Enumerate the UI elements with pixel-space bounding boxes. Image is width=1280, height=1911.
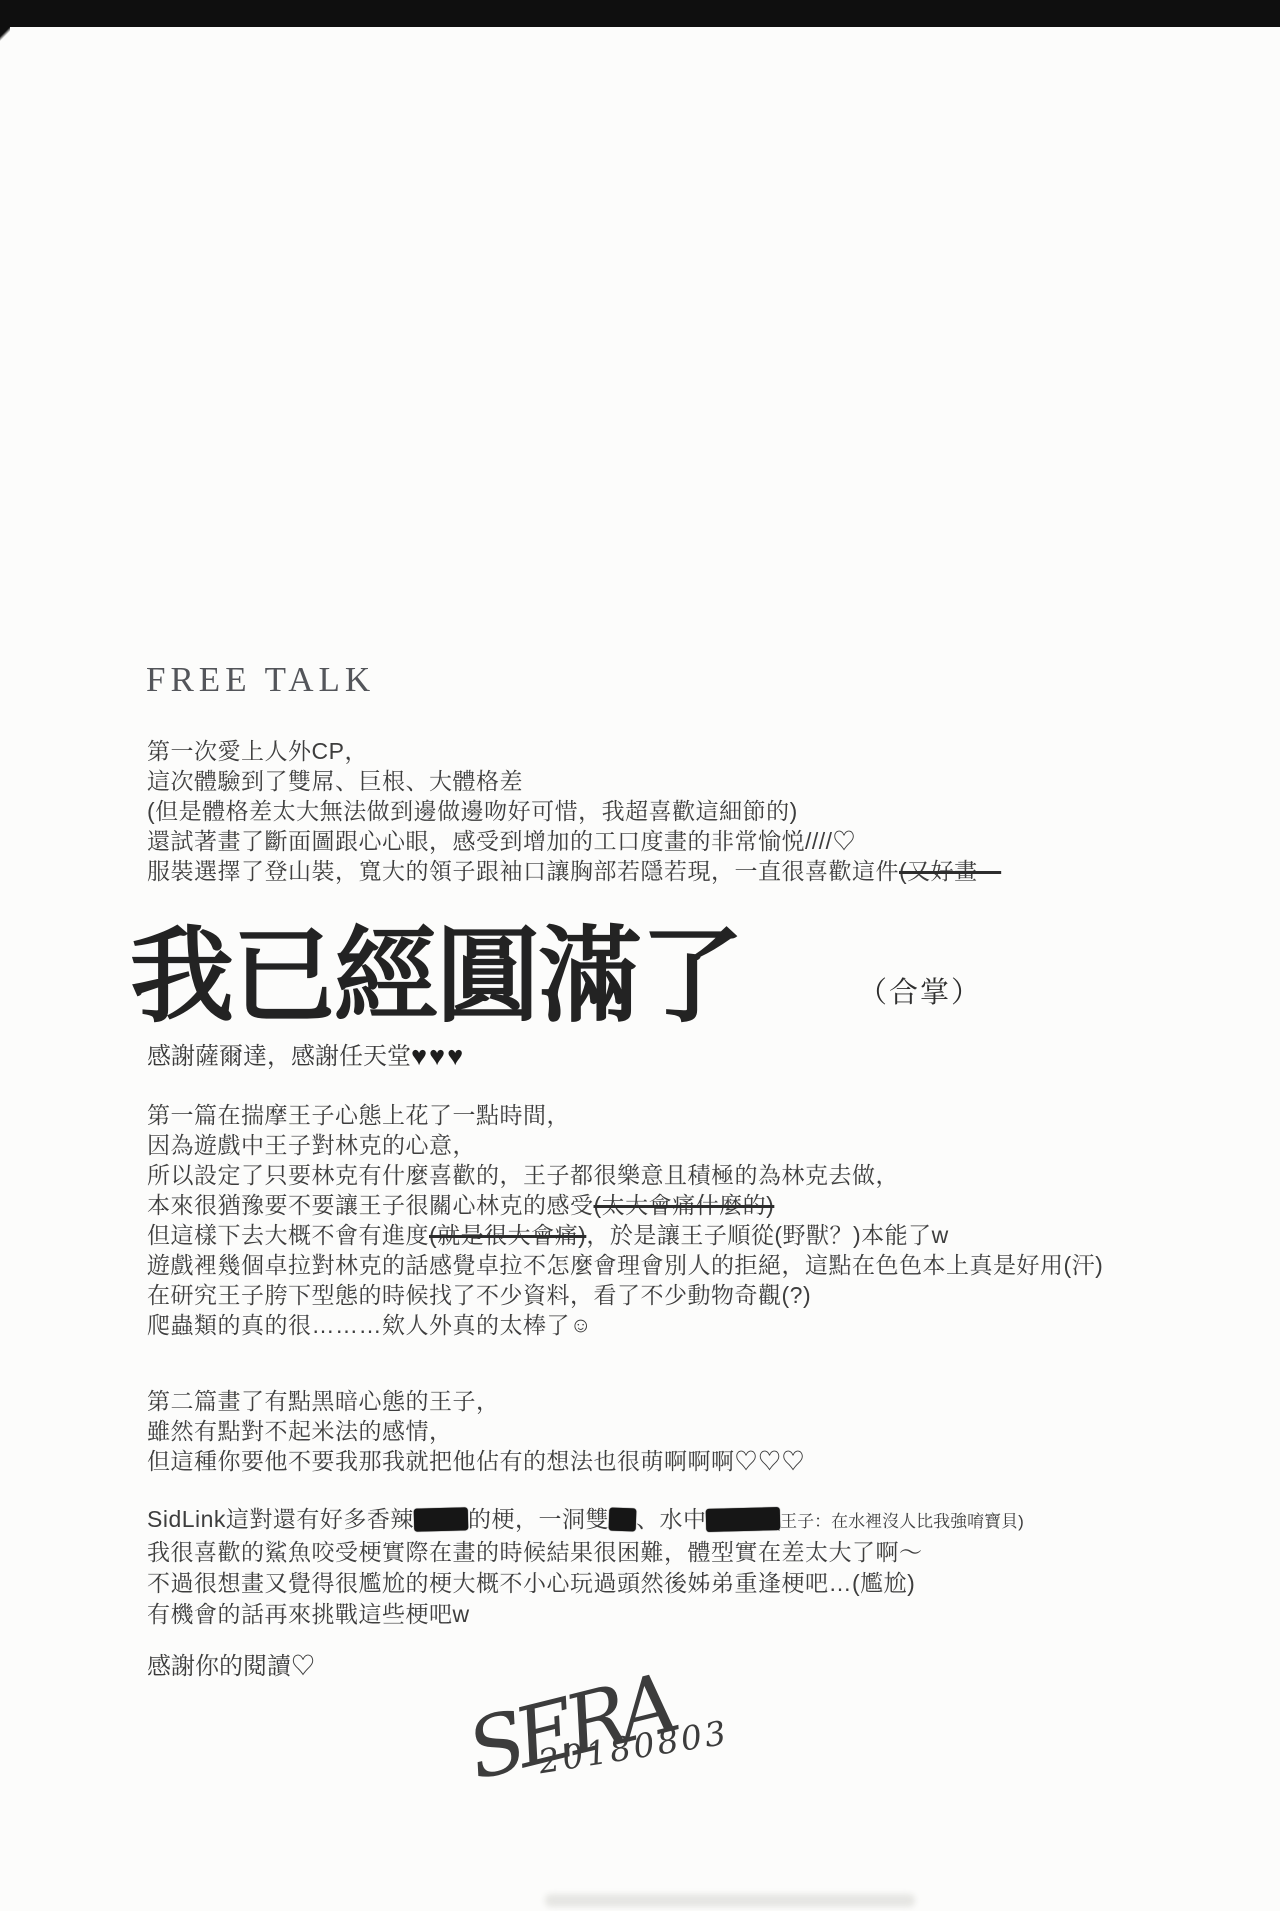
- redaction-scribble: [414, 1507, 469, 1531]
- intro-line-text: 服裝選擇了登山裝，寬大的領子跟袖口讓胸部若隱若現，一直很喜歡這件: [147, 858, 899, 884]
- story1-line-text: 但這樣下去大概不會有進度: [147, 1222, 429, 1248]
- closing-thanks: 感謝你的閱讀♡: [147, 1646, 315, 1681]
- struck-out-text: (太大會痛什麼的): [594, 1192, 775, 1218]
- big-title-suffix: （合掌）: [858, 970, 982, 1011]
- sidlink-text: 、水中: [636, 1506, 707, 1532]
- intro-line: 這次體驗到了雙屌、巨根、大體格差: [147, 766, 1001, 796]
- story2-line: 雖然有點對不起米法的感情，: [147, 1416, 805, 1446]
- redaction-scribble: [609, 1508, 637, 1532]
- story2-line: 第二篇畫了有點黑暗心態的王子，: [147, 1386, 805, 1416]
- story1-line-text: ，於是讓王子順從(野獸？)本能了w: [586, 1222, 948, 1248]
- story1-line-text: 爬蟲類的真的很………欸人外真的太棒了: [147, 1312, 570, 1338]
- thanks-line: 感謝薩爾達，感謝任天堂♥♥♥: [147, 1036, 465, 1072]
- sidlink-line: 不過很想畫又覺得很尷尬的梗大概不小心玩過頭然後姊弟重逢梗吧…(尷尬): [147, 1568, 1024, 1599]
- artist-signature: SERA 20180803: [461, 1652, 732, 1804]
- story1-line: 爬蟲類的真的很………欸人外真的太棒了☺: [147, 1310, 1103, 1341]
- story1-line: 因為遊戲中王子對林克的心意，: [147, 1130, 1103, 1160]
- story1-line: 遊戲裡幾個卓拉對林克的話感覺卓拉不怎麼會理會別人的拒絕，這點在色色本上真是好用(…: [147, 1250, 1103, 1280]
- page-title: FREE TALK: [146, 660, 375, 700]
- blush-face-emoji-icon: ☺: [570, 1311, 592, 1341]
- story1-line: 所以設定了只要林克有什麼喜歡的，王子都很樂意且積極的為林克去做，: [147, 1160, 1103, 1190]
- struck-out-text: (就是很大會痛): [429, 1222, 586, 1248]
- intro-line: 還試著畫了斷面圖跟心心眼，感受到增加的工口度畫的非常愉悦////♡: [147, 826, 1001, 856]
- scan-bleedthrough-smudge: [545, 1894, 915, 1907]
- redaction-scribble: [706, 1507, 781, 1532]
- story1-line-text: 本來很猶豫要不要讓王子很關心林克的感受: [147, 1192, 594, 1218]
- story1-line: 第一篇在揣摩王子心態上花了一點時間，: [147, 1100, 1103, 1130]
- sidlink-line: SidLink這對還有好多香辣的梗，一洞雙、水中(王子：在水裡沒人比我強唷寶貝): [147, 1504, 1024, 1537]
- scan-edge-top: [0, 0, 1280, 27]
- story1-line: 在研究王子胯下型態的時候找了不少資料，看了不少動物奇觀(?): [147, 1280, 1103, 1310]
- sidlink-text: 的梗，一洞雙: [468, 1506, 609, 1532]
- intro-line: 第一次愛上人外CP，: [147, 736, 1001, 766]
- story1-line: 但這樣下去大概不會有進度(就是很大會痛)，於是讓王子順從(野獸？)本能了w: [147, 1220, 1103, 1250]
- sidlink-small-note: (王子：在水裡沒人比我強唷寶貝): [774, 1512, 1023, 1531]
- intro-paragraph: 第一次愛上人外CP， 這次體驗到了雙屌、巨根、大體格差 (但是體格差太大無法做到…: [147, 736, 1001, 886]
- struck-out-text: (又好畫—: [899, 858, 1001, 884]
- sidlink-text: SidLink這對還有好多香辣: [147, 1506, 414, 1532]
- story2-paragraph: 第二篇畫了有點黑暗心態的王子， 雖然有點對不起米法的感情， 但這種你要他不要我那…: [147, 1386, 805, 1476]
- story1-paragraph: 第一篇在揣摩王子心態上花了一點時間， 因為遊戲中王子對林克的心意， 所以設定了只…: [147, 1100, 1103, 1341]
- heart-icons: ♥♥♥: [411, 1041, 465, 1071]
- story2-line: 但這種你要他不要我那我就把他佔有的想法也很萌啊啊啊♡♡♡: [147, 1446, 805, 1476]
- sidlink-line: 有機會的話再來挑戰這些梗吧w: [147, 1599, 1024, 1630]
- intro-line: (但是體格差太大無法做到邊做邊吻好可惜，我超喜歡這細節的): [147, 796, 1001, 826]
- story1-line: 本來很猶豫要不要讓王子很關心林克的感受(太大會痛什麼的): [147, 1190, 1103, 1220]
- intro-line: 服裝選擇了登山裝，寬大的領子跟袖口讓胸部若隱若現，一直很喜歡這件(又好畫—: [147, 856, 1001, 886]
- thanks-text: 感謝薩爾達，感謝任天堂: [147, 1043, 411, 1070]
- sidlink-paragraph: SidLink這對還有好多香辣的梗，一洞雙、水中(王子：在水裡沒人比我強唷寶貝)…: [147, 1504, 1024, 1630]
- sidlink-line: 我很喜歡的鯊魚咬受梗實際在畫的時候結果很困難，體型實在差太大了啊～: [147, 1537, 1024, 1568]
- scanned-freetalk-page: FREE TALK 第一次愛上人外CP， 這次體驗到了雙屌、巨根、大體格差 (但…: [0, 0, 1280, 1911]
- big-title: 我已經圓滿了: [130, 922, 742, 1032]
